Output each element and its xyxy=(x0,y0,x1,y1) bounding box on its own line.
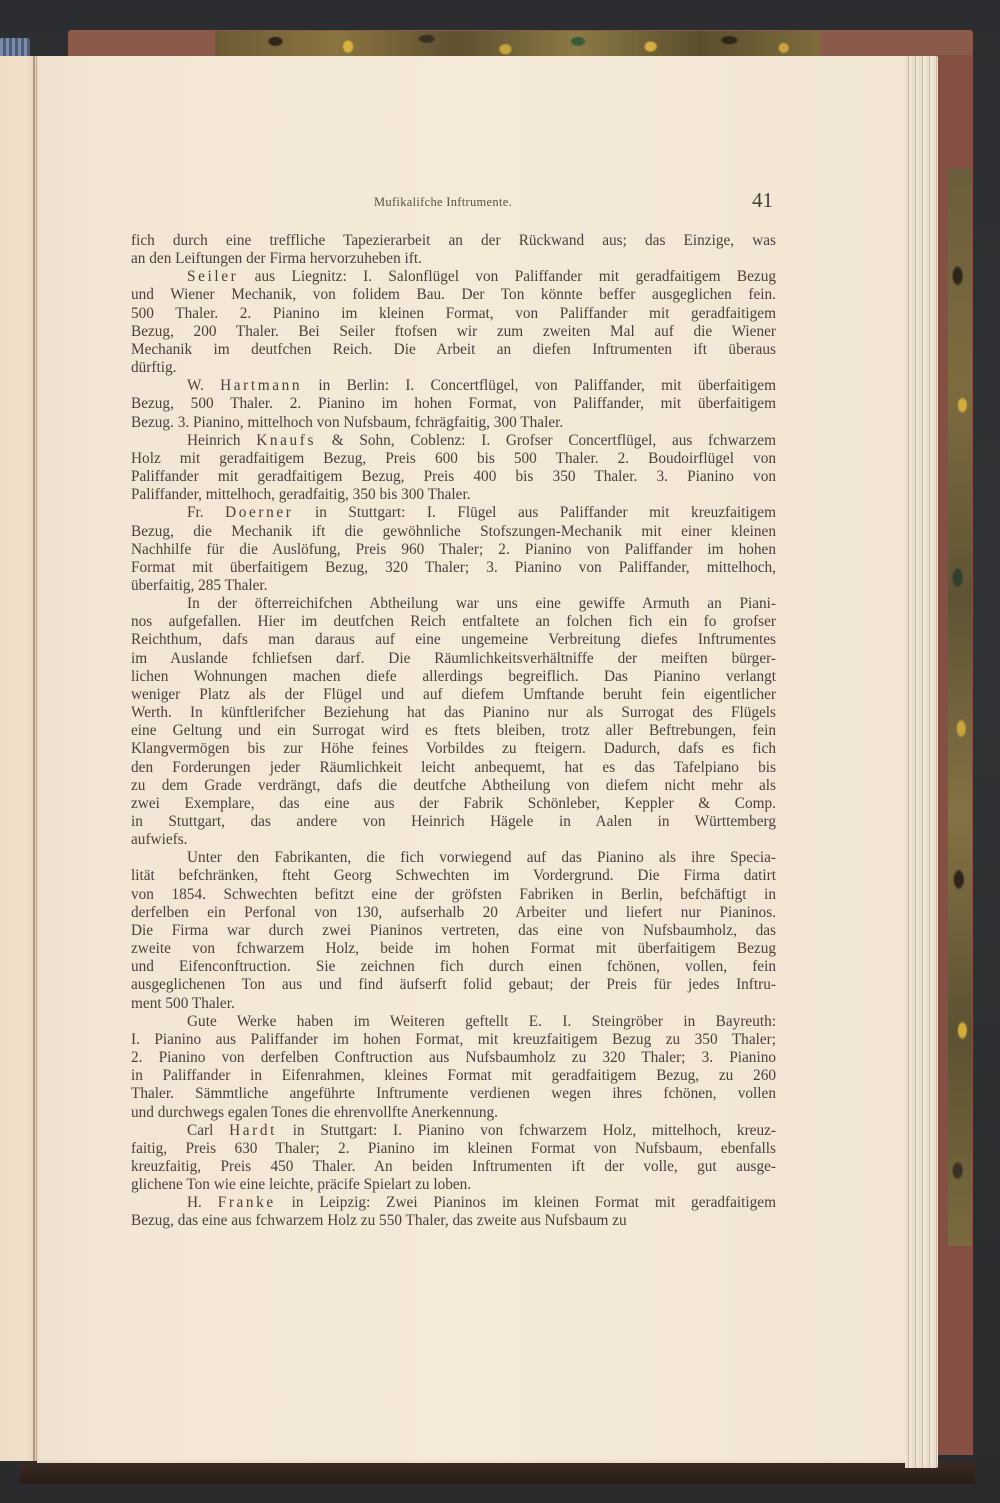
manufacturer-name: Hartmann xyxy=(220,377,302,394)
paragraph: W. Hartmann in Berlin: I. Concertflügel,… xyxy=(131,377,776,431)
left-cover-spine-edge xyxy=(0,38,30,58)
text-line: Gute Werke haben im Weiteren geftellt E.… xyxy=(131,1013,776,1031)
name-prefix: Carl xyxy=(187,1122,229,1139)
text-line: Thaler. Sämmtliche angeführte Inftrument… xyxy=(131,1085,776,1103)
text-line: In der öfterreichifchen Abtheilung war u… xyxy=(131,595,776,613)
text-line: den Forderungen jeder Räumlichkeit leich… xyxy=(131,759,776,777)
text-line: I. Pianino aus Paliffander im hohen Form… xyxy=(131,1031,776,1049)
text-line: in Paliffander in Eifenrahmen, kleines F… xyxy=(131,1067,776,1085)
manufacturer-name: Franke xyxy=(218,1194,276,1211)
text-line: lichen Wohnungen machen diefe allerdings… xyxy=(131,668,776,686)
text-line: ausgeglichenen Ton aus und find äufserft… xyxy=(131,976,776,994)
text-line: Seiler aus Liegnitz: I. Salonflügel von … xyxy=(131,268,776,286)
text-line: und durchwegs egalen Tones die ehrenvoll… xyxy=(131,1104,776,1122)
paragraph: Unter den Fabrikanten, die fich vorwiege… xyxy=(131,849,776,1012)
name-prefix: Fr. xyxy=(187,504,225,521)
text-line: Die Firma war durch zwei Pianinos vertre… xyxy=(131,922,776,940)
running-head: Mufikalifche Inftrumente. xyxy=(374,195,512,210)
paragraph: Carl Hardt in Stuttgart: I. Pianino von … xyxy=(131,1122,776,1195)
manufacturer-name: Knaufs xyxy=(256,432,316,449)
text-line: in Stuttgart, das andere von Heinrich Hä… xyxy=(131,813,776,831)
text-line: Klangvermögen bis zur Höhe feines Vorbil… xyxy=(131,740,776,758)
name-prefix: H. xyxy=(187,1194,218,1211)
text-line: weniger Platz als der Flügel und auf die… xyxy=(131,686,776,704)
text-line: Format mit überfaitigem Bezug, 320 Thale… xyxy=(131,559,776,577)
text-line: zwei Exemplare, das eine aus der Fabrik … xyxy=(131,795,776,813)
text-line: zweite von fchwarzem Holz, beide im hohe… xyxy=(131,940,776,958)
text-line: zu dem Grade verdrängt, dafs die deutfch… xyxy=(131,777,776,795)
marbled-cover-right xyxy=(948,168,972,1246)
text-line: Fr. Doerner in Stuttgart: I. Flügel aus … xyxy=(131,504,776,522)
paragraph: fich durch eine treffliche Tapezierarbei… xyxy=(131,232,776,268)
manufacturer-name: Seiler xyxy=(187,268,238,285)
text-line: fich durch eine treffliche Tapezierarbei… xyxy=(131,232,776,250)
body-text: fich durch eine treffliche Tapezierarbei… xyxy=(131,232,776,1231)
text-line: W. Hartmann in Berlin: I. Concertflügel,… xyxy=(131,377,776,395)
text-line: Werth. In künftlerifcher Beziehung hat d… xyxy=(131,704,776,722)
paragraph: H. Franke in Leipzig: Zwei Pianinos im k… xyxy=(131,1194,776,1230)
text-line: Heinrich Knaufs & Sohn, Coblenz: I. Grof… xyxy=(131,432,776,450)
manufacturer-name: Hardt xyxy=(229,1122,277,1139)
text-line: eine Geltung und ein Surrogat wird es ft… xyxy=(131,722,776,740)
page-stack-edge xyxy=(905,56,938,1468)
facing-page-sliver xyxy=(0,56,37,1461)
text-line: überfaitig, 285 Thaler. xyxy=(131,577,776,595)
marbled-cover-top xyxy=(215,31,820,57)
text-line: dürftig. xyxy=(131,359,776,377)
text-line: Bezug, 200 Thaler. Bei Seiler ftofsen wi… xyxy=(131,323,776,341)
text-line: Bezug, das eine aus fchwarzem Holz zu 55… xyxy=(131,1212,776,1230)
paragraph: Seiler aus Liegnitz: I. Salonflügel von … xyxy=(131,268,776,377)
text-line: Bezug, die Mechanik ift die gewöhnliche … xyxy=(131,523,776,541)
text-line: nos aufgefallen. Hier im deutfchen Reich… xyxy=(131,613,776,631)
text-line: kreuzfaitig, Preis 450 Thaler. An beiden… xyxy=(131,1158,776,1176)
text-line: Reichthum, dafs man daraus auf eine unge… xyxy=(131,631,776,649)
manufacturer-name: Doerner xyxy=(225,504,293,521)
text-line: Mechanik im deutfchen Reich. Die Arbeit … xyxy=(131,341,776,359)
text-line: an den Leiftungen der Firma hervorzuhebe… xyxy=(131,250,776,268)
paragraph: Gute Werke haben im Weiteren geftellt E.… xyxy=(131,1013,776,1122)
text-line: und Eifenconftruction. Sie zeichnen fich… xyxy=(131,958,776,976)
paragraph: Heinrich Knaufs & Sohn, Coblenz: I. Grof… xyxy=(131,432,776,505)
paragraph: Fr. Doerner in Stuttgart: I. Flügel aus … xyxy=(131,504,776,595)
text-line: Nachhilfe für die Auslöfung, Preis 960 T… xyxy=(131,541,776,559)
text-line: Holz mit geradfaitigem Bezug, Preis 600 … xyxy=(131,450,776,468)
text-line: von 1854. Schwechten befitzt eine der gr… xyxy=(131,886,776,904)
page-gutter xyxy=(33,56,35,1461)
text-line: 500 Thaler. 2. Pianino im kleinen Format… xyxy=(131,305,776,323)
text-line: Unter den Fabrikanten, die fich vorwiege… xyxy=(131,849,776,867)
text-line: 2. Pianino von derfelben Conftruction au… xyxy=(131,1049,776,1067)
text-line: im Auslande fchliefsen darf. Die Räumlic… xyxy=(131,650,776,668)
text-line: Bezug, 500 Thaler. 2. Pianino im hohen F… xyxy=(131,395,776,413)
text-line: H. Franke in Leipzig: Zwei Pianinos im k… xyxy=(131,1194,776,1212)
page-number: 41 xyxy=(752,188,773,213)
text-line: lität befchränken, fteht Georg Schwechte… xyxy=(131,867,776,885)
text-line: derfelben ein Perfonal von 130, aufserha… xyxy=(131,904,776,922)
text-line: und Wiener Mechanik, von folidem Bau. De… xyxy=(131,286,776,304)
name-prefix: Heinrich xyxy=(187,432,256,449)
text-line: glichene Ton wie eine leichte, präcife S… xyxy=(131,1176,776,1194)
text-line: Bezug. 3. Pianino, mittelhoch von Nufsba… xyxy=(131,414,776,432)
text-line: Carl Hardt in Stuttgart: I. Pianino von … xyxy=(131,1122,776,1140)
book-cover-bottom-edge xyxy=(20,1462,975,1484)
paragraph: In der öfterreichifchen Abtheilung war u… xyxy=(131,595,776,849)
text-line: Paliffander mit geradfaitigem Bezug, Pre… xyxy=(131,468,776,486)
text-line: ment 500 Thaler. xyxy=(131,995,776,1013)
text-line: Paliffander, mittelhoch, geradfaitig, 35… xyxy=(131,486,776,504)
name-prefix: W. xyxy=(187,377,220,394)
text-line: aufwiefs. xyxy=(131,831,776,849)
text-line: faitig, Preis 630 Thaler; 2. Pianino im … xyxy=(131,1140,776,1158)
